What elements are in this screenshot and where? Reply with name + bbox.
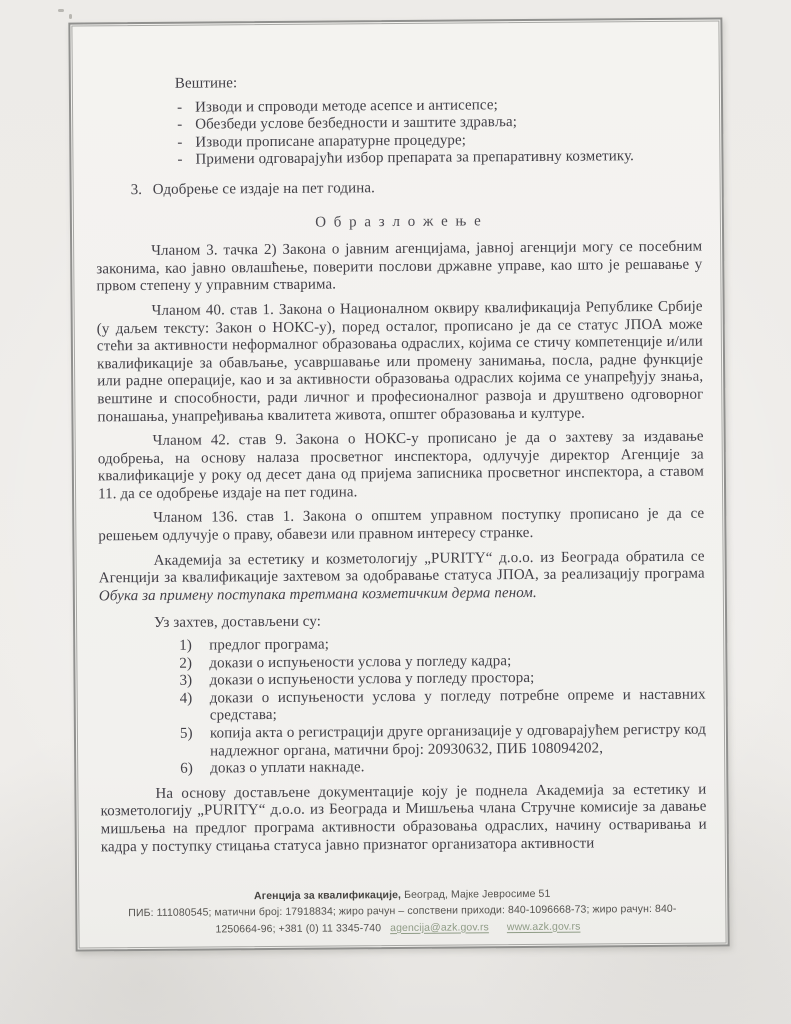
- explanation-heading: О б р а з л о ж е њ е: [96, 211, 702, 233]
- skills-list: - Изводи и спроводи методе асепсе и анти…: [177, 95, 702, 169]
- list-item-text: Обезбеди услове безбедности и заштите зд…: [195, 114, 517, 134]
- item-number: 6): [180, 761, 210, 779]
- item-number: 5): [180, 725, 210, 760]
- attachments-intro: Уз захтев, достављени су:: [154, 611, 705, 633]
- paragraph-text: Академија за естетику и козметологију „P…: [99, 548, 705, 586]
- footer-phone: 1250664-96; +381 (0) 11 3345-740: [215, 922, 381, 935]
- item-text: доказ о уплати накнаде.: [210, 757, 706, 778]
- item-text: докази о испуњености услова у погледу по…: [210, 686, 706, 725]
- item-text: Одобрење се издаје на пет година.: [153, 180, 375, 199]
- list-item-text: Изводи прописане апаратурне процедуре;: [195, 132, 466, 152]
- item-number: 4): [180, 690, 210, 725]
- scan-dust-speck: [58, 9, 64, 12]
- document-page: Вештине: - Изводи и спроводи методе асеп…: [68, 17, 729, 951]
- paragraph-noks-art40: Чланом 40. став 1. Закона о Националном …: [97, 299, 704, 427]
- dash-bullet: -: [177, 134, 195, 152]
- closing-paragraph: На основу достављене документације коју …: [100, 781, 707, 856]
- list-item: 6) доказ о уплати накнаде.: [180, 757, 706, 779]
- list-item: 4) докази о испуњености услова у погледу…: [180, 686, 706, 725]
- list-item: 5) копија акта о регистрацији друге орга…: [180, 722, 706, 761]
- item-number: 2): [179, 655, 209, 673]
- item-text: копија акта о регистрацији друге организ…: [210, 722, 706, 761]
- dash-bullet: -: [177, 117, 195, 135]
- list-item: - Примени одговарајући избор препарата з…: [177, 148, 701, 170]
- footer-email-link[interactable]: agencija@azk.gov.rs: [390, 921, 489, 934]
- skills-heading: Вештине:: [175, 72, 701, 94]
- dash-bullet: -: [177, 99, 195, 117]
- dash-bullet: -: [177, 152, 195, 170]
- document-content: Вештине: - Изводи и спроводи методе асеп…: [74, 23, 723, 945]
- footer-org-address: Београд, Мајке Јевросиме 51: [401, 887, 550, 900]
- decision-item: 3. Одобрење се издаје на пет година.: [131, 178, 702, 200]
- item-number: 1): [179, 638, 209, 656]
- footer-website-link[interactable]: www.azk.gov.rs: [507, 920, 581, 933]
- attachments-list: 1) предлог програма; 2) докази о испуњен…: [179, 634, 706, 779]
- item-number: 3): [179, 673, 209, 691]
- paragraph-noks-art42: Чланом 42. став 9. Закона о НОКС-у пропи…: [98, 429, 705, 504]
- program-title-italic: Обука за примену поступака третмана козм…: [99, 585, 537, 604]
- page-footer: Агенција за квалификације, Београд, Мајк…: [107, 884, 697, 938]
- scan-dust-speck: [69, 14, 72, 19]
- item-number: 3.: [131, 182, 153, 200]
- paragraph-admin-procedure: Чланом 136. став 1. Закона о општем упра…: [98, 506, 704, 546]
- footer-org-name: Агенција за квалификације,: [254, 888, 401, 901]
- paragraph-purity-request: Академија за естетику и козметологију „P…: [99, 548, 705, 606]
- list-item-text: Примени одговарајући избор препарата за …: [195, 149, 634, 170]
- paragraph-law-agencies: Чланом 3. тачка 2) Закона о јавним агенц…: [96, 239, 702, 297]
